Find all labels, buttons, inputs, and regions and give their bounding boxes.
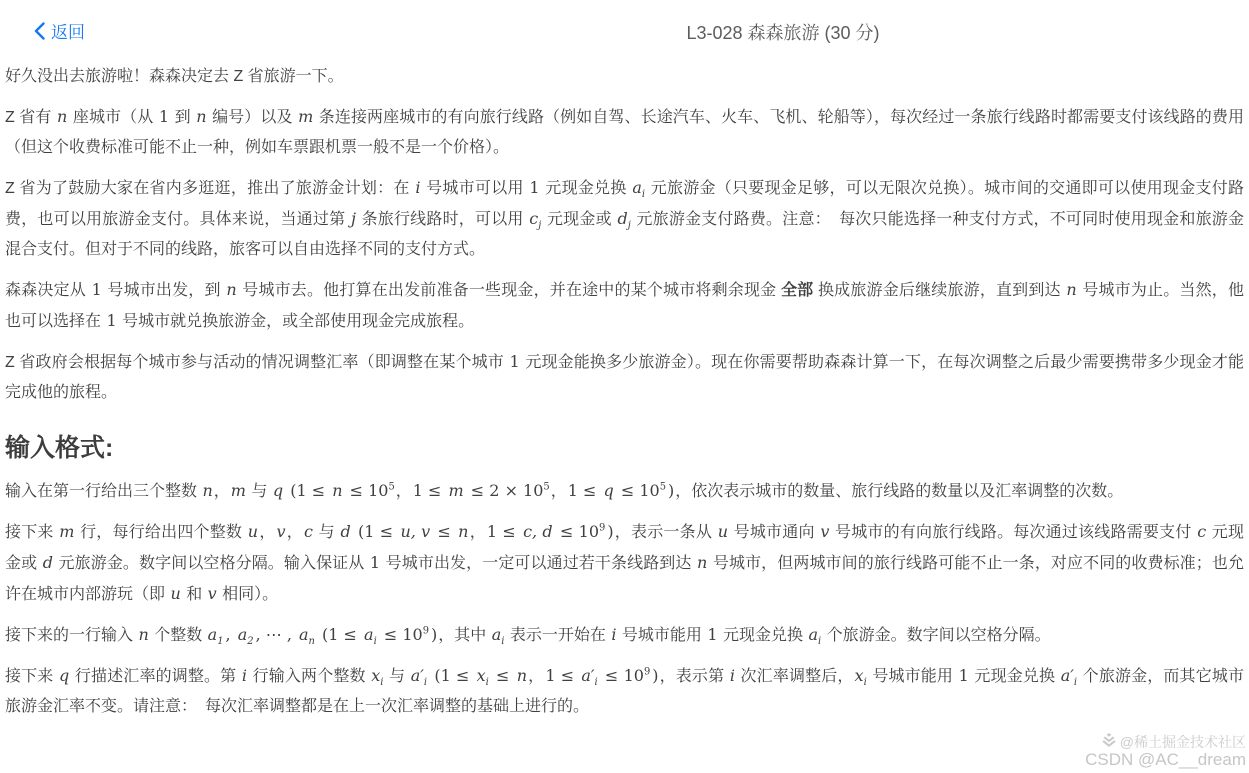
paragraph: 接下来 q 行描述汇率的调整。第 i 行输入两个整数 xi 与 a′i (1 ≤…	[5, 661, 1244, 722]
paragraph: 接下来的一行输入 n 个整数 a1, a2, ⋯ , an (1 ≤ ai ≤ …	[5, 620, 1244, 651]
watermark: @稀土掘金技术社区 CSDN @AC__dream	[1085, 733, 1246, 769]
input-paragraphs: 输入在第一行给出三个整数 n，m 与 q (1 ≤ n ≤ 105，1 ≤ m …	[5, 476, 1244, 722]
problem-page: 返回 L3-028 森森旅游 (30 分) 好久没出去旅游啦！森森决定去 Z 省…	[0, 0, 1249, 773]
chevron-left-icon	[34, 22, 45, 40]
paragraph: Z 省有 n 座城市（从 1 到 n 编号）以及 m 条连接两座城市的有向旅行线…	[5, 102, 1244, 163]
paragraph: 森森决定从 1 号城市出发，到 n 号城市去。他打算在出发前准备一些现金，并在途…	[5, 275, 1244, 337]
page-title: L3-028 森森旅游 (30 分)	[686, 19, 879, 45]
paragraph: 好久没出去旅游啦！森森决定去 Z 省旅游一下。	[5, 62, 1244, 92]
input-format-heading: 输入格式:	[5, 432, 1244, 464]
watermark-csdn-text: CSDN @AC__dream	[1085, 750, 1246, 769]
intro-paragraphs: 好久没出去旅游啦！森森决定去 Z 省旅游一下。Z 省有 n 座城市（从 1 到 …	[5, 62, 1244, 408]
header: 返回 L3-028 森森旅游 (30 分)	[0, 0, 1249, 52]
juejin-logo-icon	[1102, 733, 1116, 750]
watermark-community-line: @稀土掘金技术社区	[1085, 733, 1246, 750]
back-label: 返回	[51, 18, 85, 43]
back-button[interactable]: 返回	[34, 18, 85, 43]
paragraph: Z 省为了鼓励大家在省内多逛逛，推出了旅游金计划：在 i 号城市可以用 1 元现…	[5, 173, 1244, 265]
watermark-community-text: @稀土掘金技术社区	[1120, 734, 1246, 750]
problem-statement: 好久没出去旅游啦！森森决定去 Z 省旅游一下。Z 省有 n 座城市（从 1 到 …	[0, 62, 1249, 722]
paragraph: Z 省政府会根据每个城市参与活动的情况调整汇率（即调整在某个城市 1 元现金能换…	[5, 347, 1244, 408]
paragraph: 输入在第一行给出三个整数 n，m 与 q (1 ≤ n ≤ 105，1 ≤ m …	[5, 476, 1244, 507]
paragraph: 接下来 m 行，每行给出四个整数 u，v，c 与 d (1 ≤ u, v ≤ n…	[5, 517, 1244, 610]
